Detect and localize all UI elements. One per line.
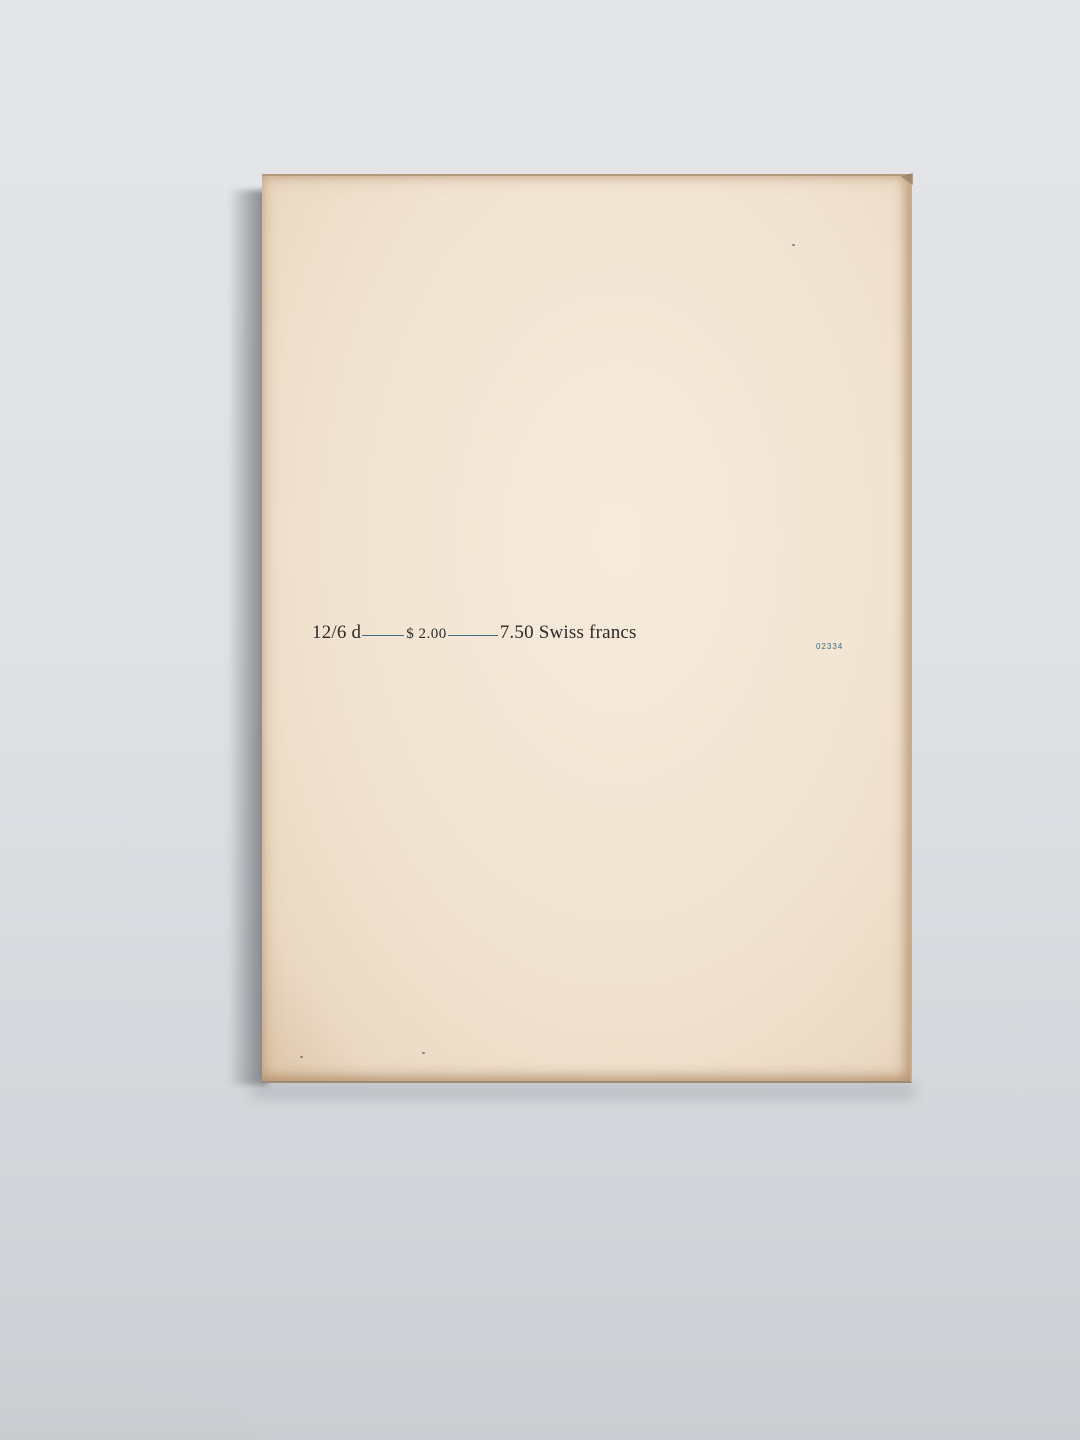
price-dollars: $ 2.00 <box>406 626 447 643</box>
plastic-sheet-corner <box>0 1390 260 1440</box>
price-swiss-francs: 7.50 Swiss francs <box>500 622 637 644</box>
price-pounds: 12/6 d <box>312 622 361 644</box>
price-separator-rule <box>362 635 404 636</box>
book-back-cover: 12/6 d $ 2.00 7.50 Swiss francs 02334 <box>262 174 912 1083</box>
price-line: 12/6 d $ 2.00 7.50 Swiss francs <box>312 622 637 644</box>
book-bottom-shadow <box>250 1082 915 1100</box>
price-separator-rule <box>448 635 498 636</box>
paper-speck <box>792 244 795 246</box>
photo-scene: 12/6 d $ 2.00 7.50 Swiss francs 02334 <box>0 0 1080 1440</box>
paper-speck <box>422 1052 425 1054</box>
paper-speck <box>300 1056 303 1058</box>
catalog-code: 02334 <box>816 642 843 651</box>
